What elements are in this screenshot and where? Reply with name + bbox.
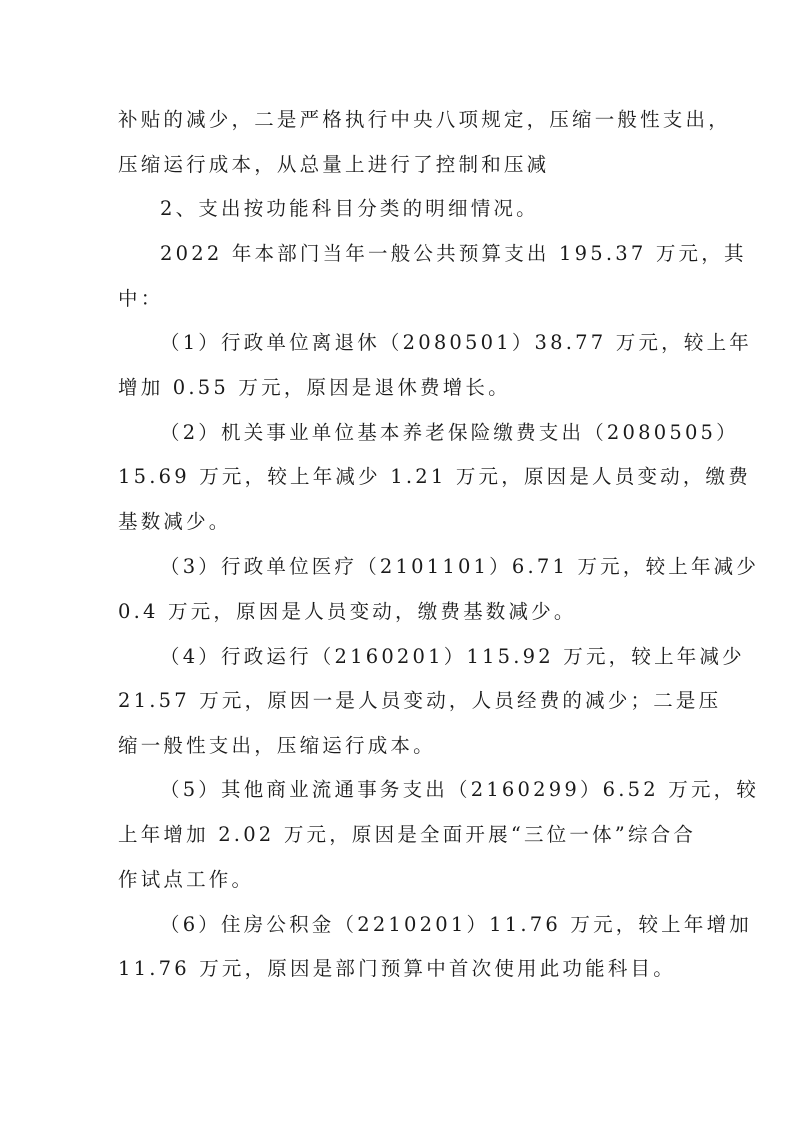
- text-line: 补贴的减少，二是严格执行中央八项规定，压缩一般性支出，: [118, 108, 678, 132]
- text-line: 缩一般性支出，压缩运行成本。: [118, 734, 678, 758]
- list-item-5: （5）其他商业流通事务支出（2160299）6.52 万元，较: [160, 778, 720, 802]
- text-line: 增加 0.55 万元，原因是退休费增长。: [118, 376, 678, 400]
- text-line: 0.4 万元，原因是人员变动，缴费基数减少。: [118, 600, 678, 624]
- text-line: 中：: [118, 287, 678, 311]
- document-page: 补贴的减少，二是严格执行中央八项规定，压缩一般性支出， 压缩运行成本，从总量上进…: [0, 0, 793, 1122]
- list-item-3: （3）行政单位医疗（2101101）6.71 万元，较上年减少: [160, 555, 720, 579]
- text-line: 21.57 万元，原因一是人员变动，人员经费的减少；二是压: [118, 689, 678, 713]
- text-line: 11.76 万元，原因是部门预算中首次使用此功能科目。: [118, 957, 678, 981]
- list-item-6: （6）住房公积金（2210201）11.76 万元，较上年增加: [160, 913, 720, 937]
- section-heading: 2、支出按功能科目分类的明细情况。: [160, 197, 720, 221]
- text-line: 2022 年本部门当年一般公共预算支出 195.37 万元，其: [160, 242, 720, 266]
- text-line: 作试点工作。: [118, 868, 678, 892]
- list-item-1: （1）行政单位离退休（2080501）38.77 万元，较上年: [160, 331, 720, 355]
- list-item-2: （2）机关事业单位基本养老保险缴费支出（2080505）: [160, 421, 720, 445]
- text-line: 15.69 万元，较上年减少 1.21 万元，原因是人员变动，缴费: [118, 465, 678, 489]
- text-line: 基数减少。: [118, 510, 678, 534]
- text-line: 上年增加 2.02 万元，原因是全面开展“三位一体”综合合: [118, 823, 678, 847]
- list-item-4: （4）行政运行（2160201）115.92 万元，较上年减少: [160, 645, 720, 669]
- text-line: 压缩运行成本，从总量上进行了控制和压减: [118, 153, 678, 177]
